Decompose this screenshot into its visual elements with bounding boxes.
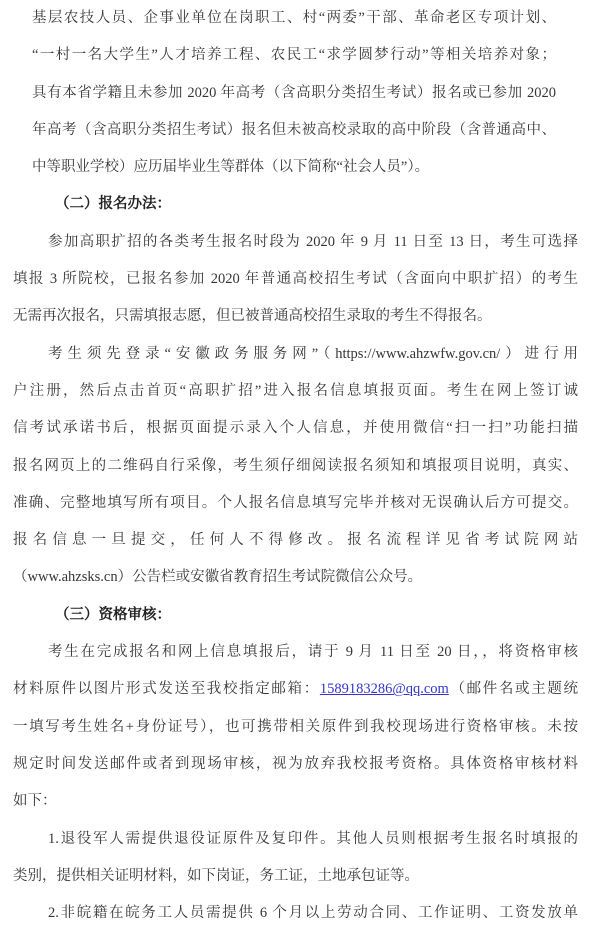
text-line: 年高考（含高职分类招生考试）报名但未被高校录取的高中阶段（含普通高中、 [32,112,556,149]
text-line: 中等职业学校）应历届毕业生等群体（以下简称“社会人员”）。 [32,149,556,186]
email-link[interactable]: 1589183286@qq.com [320,681,449,697]
text-line: 报名网页上的二维码自行采像，考生须仔细阅读报名须知和填报项目说明，真实、 [13,448,578,485]
list-item-1: 1.退役军人需提供退役证原件及复印件。其他人员则根据考生报名时填报的 [13,821,578,858]
text-line-with-email: 材料原件以图片形式发送至我校指定邮箱：1589183286@qq.com（邮件名… [13,671,578,708]
email-line-suffix: （邮件名或主题统 [449,681,578,697]
text-line: 类别，提供相关证明材料，如下岗证，务工证，土地承包证等。 [13,858,578,895]
text-line: 具有本省学籍且未参加 2020 年高考（含高职分类招生考试）报名或已参加 202… [32,75,556,112]
text-line: 一填写考生姓名+身份证号），也可携带相关原件到我校现场进行资格审核。未按 [13,709,578,746]
text-line: 参加高职扩招的各类考生报名时段为 2020 年 9 月 11 日至 13 日，考… [13,224,578,261]
text-line: 基层农技人员、企事业单位在岗职工、村“两委”干部、革命老区专项计划、 [32,0,556,37]
text-line: 报名信息一旦提交，任何人不得修改。报名流程详见省考试院网站 [13,522,578,559]
text-line: 考生须先登录“安徽政务服务网”（https://www.ahzwfw.gov.c… [13,336,578,373]
section-heading-qualification-review: （三）资格审核： [13,597,578,634]
text-line: 规定时间发送邮件或者到现场审核，视为放弃我校报考资格。具体资格审核材料 [13,746,578,783]
text-line: 考生在完成报名和网上信息填报后，请于 9 月 11 日至 20 日，，将资格审核 [13,634,578,671]
text-line: 信考试承诺书后，根据页面提示录入个人信息，并使用微信“扫一扫”功能扫描 [13,410,578,447]
text-line: 户注册，然后点击首页“高职扩招”进入报名信息填报页面。考生在网上签订诚 [13,373,578,410]
text-line: 填报 3 所院校，已报名参加 2020 年普通高校招生考试（含面向中职扩招）的考… [13,261,578,298]
text-line: （www.ahzsks.cn）公告栏或安徽省教育招生考试院微信公众号。 [13,559,578,596]
text-line: 准确、完整地填写所有项目。个人报名信息填写完毕并核对无误确认后方可提交。 [13,485,578,522]
text-line: 无需再次报名，只需填报志愿，但已被普通高校招生录取的考生不得报名。 [13,298,578,335]
email-line-prefix: 材料原件以图片形式发送至我校指定邮箱： [13,681,320,697]
text-line: “一村一名大学生”人才培养工程、农民工“求学圆梦行动”等相关培养对象； [32,37,556,74]
list-item-2: 2.非皖籍在皖务工人员需提供 6 个月以上劳动合同、工作证明、工资发放单 [13,895,578,925]
text-line: 如下： [13,783,578,820]
document-page: 基层农技人员、企事业单位在岗职工、村“两委”干部、革命老区专项计划、 “一村一名… [0,0,592,925]
section-heading-registration-method: （二）报名办法： [13,186,578,223]
